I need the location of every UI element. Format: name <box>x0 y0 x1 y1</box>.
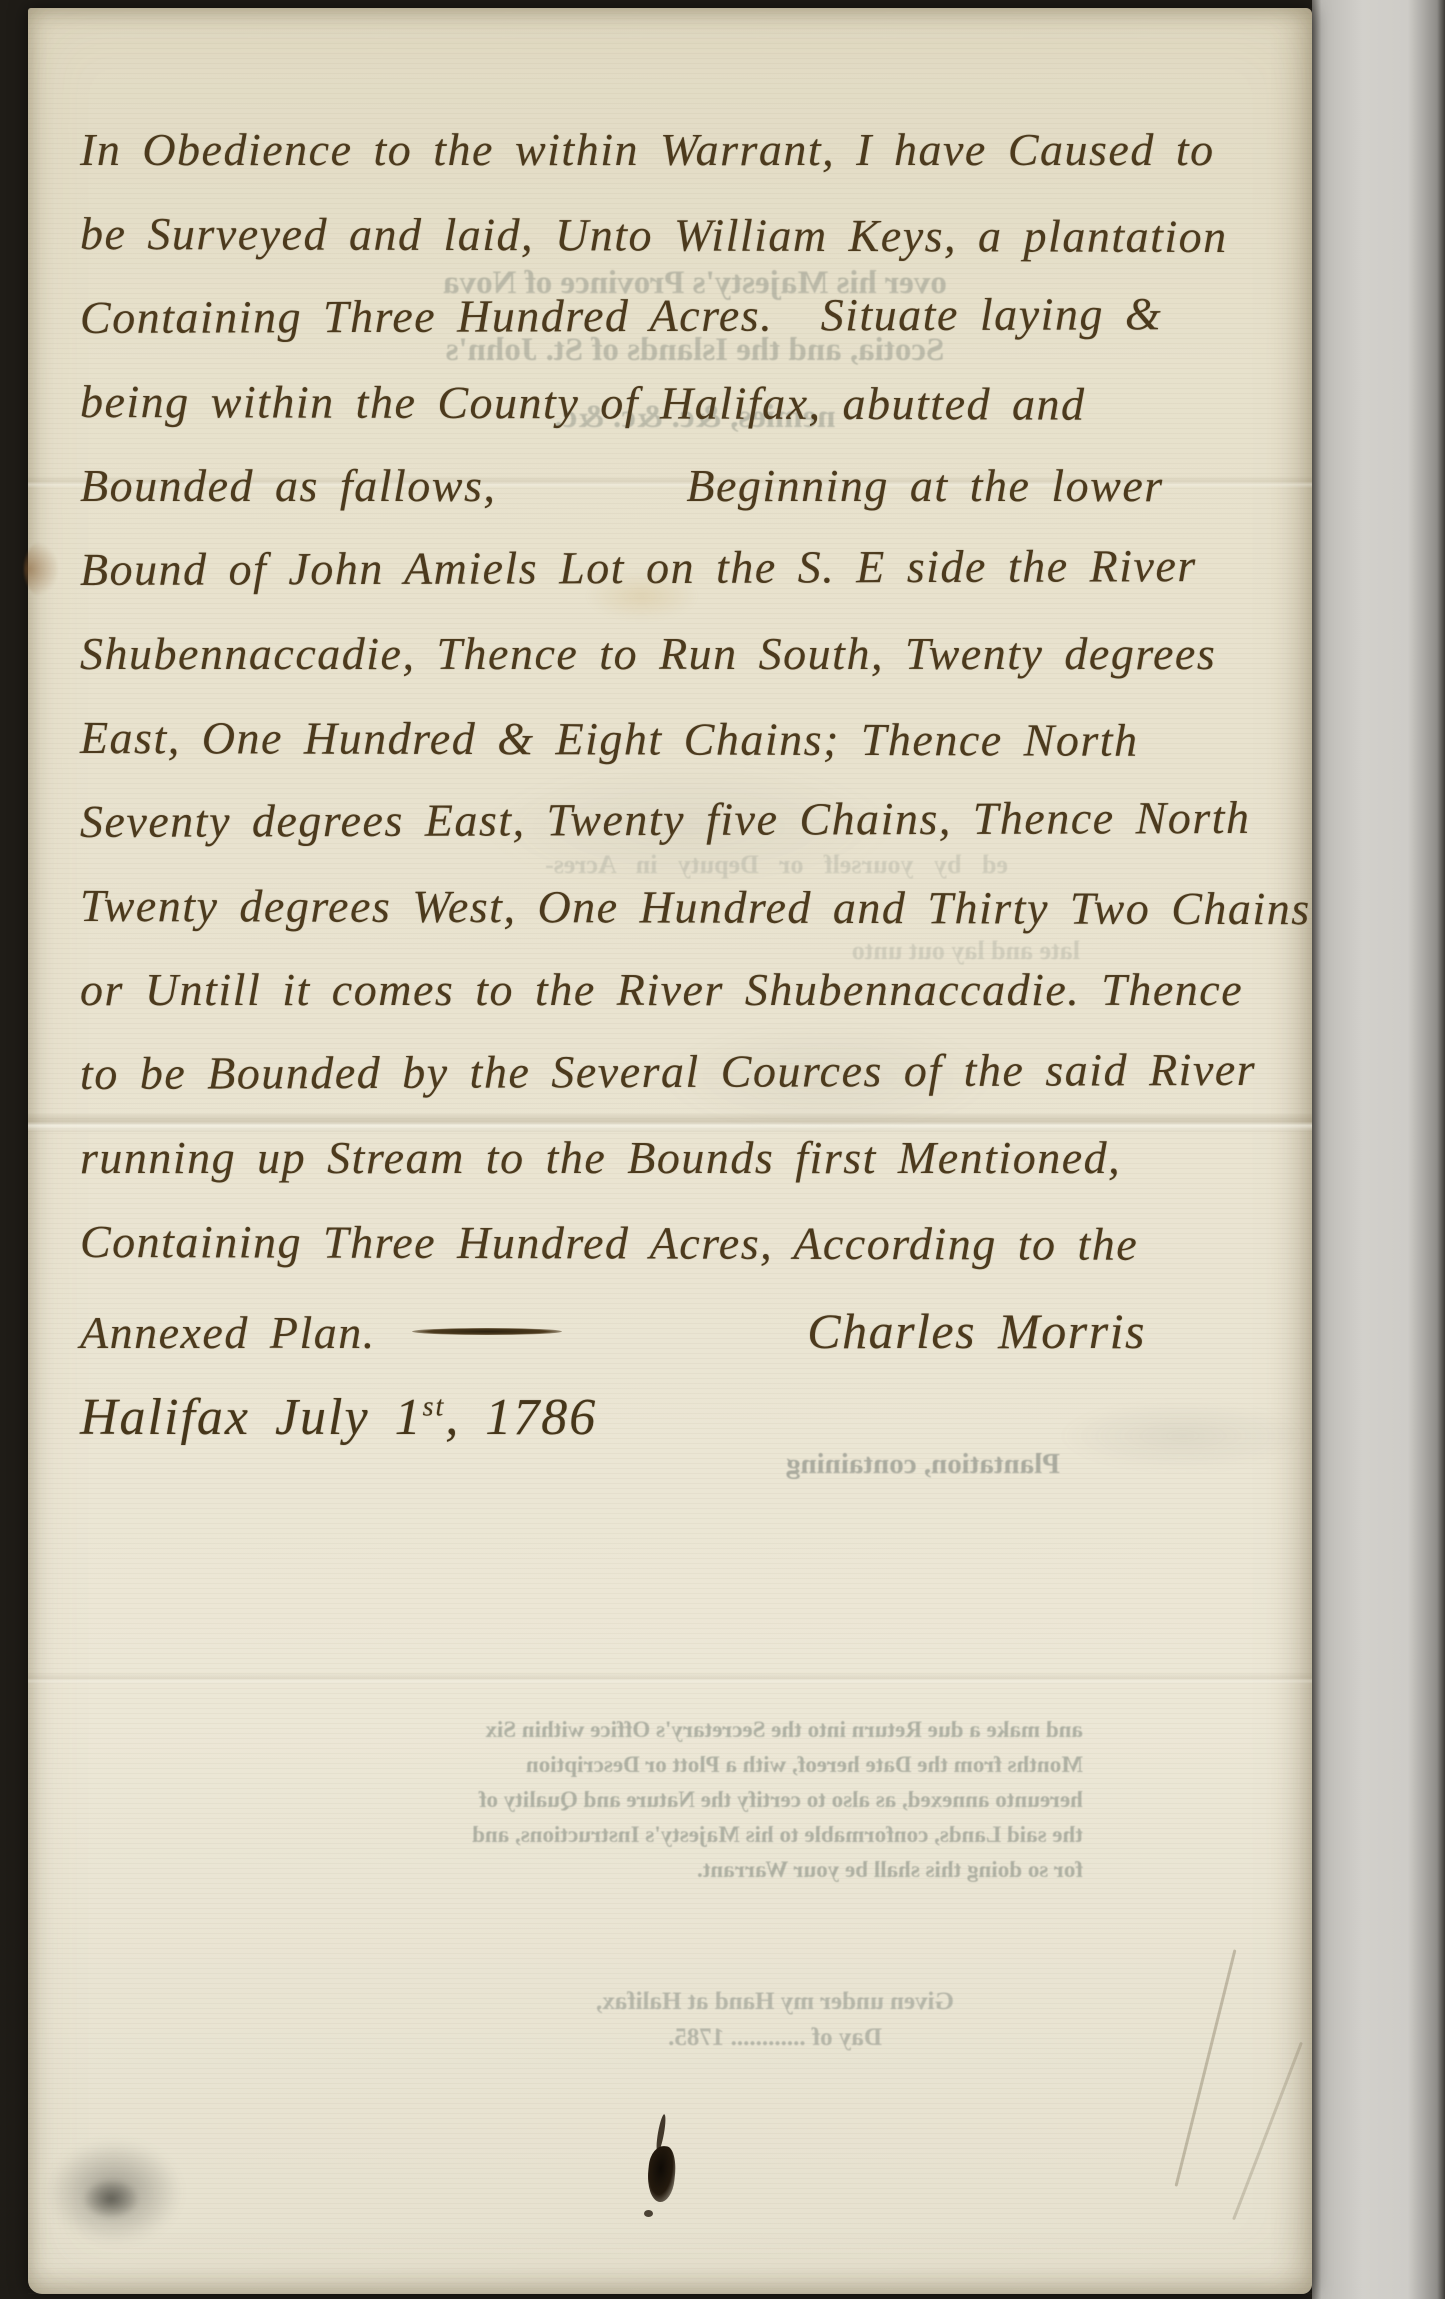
handwritten-line: or Untill it comes to the River Shubenna… <box>80 948 1296 1032</box>
showthrough-given-block: Given under my Hand at Halifax,Day of ..… <box>560 1984 990 2056</box>
place-date-line: Halifax July 1st, 1786 <box>80 1388 597 1447</box>
showthrough-line: for so doing this shall be your Warrant. <box>428 1852 1083 1887</box>
edge-stain <box>24 542 58 596</box>
showthrough-line: hereunto annexed, as also to certify the… <box>428 1782 1083 1817</box>
handwritten-line: be Surveyed and laid, Unto William Keys,… <box>80 192 1296 279</box>
handwritten-line: Containing Three Hundred Acres, Accordin… <box>80 1200 1296 1287</box>
pen-stroke-mark <box>1175 1949 1237 2186</box>
ink-blot-tail <box>655 2114 668 2152</box>
place-date-prefix: Halifax July 1 <box>80 1389 423 1446</box>
showthrough-line: the said Lands, conformable to his Majes… <box>428 1817 1083 1852</box>
handwritten-line: being within the County of Halifax, abut… <box>80 360 1296 447</box>
handwritten-line: to be Bounded by the Several Cources of … <box>80 1028 1296 1116</box>
handwritten-line: Containing Three Hundred Acres. Situate … <box>80 272 1296 360</box>
showthrough-line: Given under my Hand at Halifax, <box>560 1984 990 2020</box>
handwritten-line: Twenty degrees West, One Hundred and Thi… <box>80 864 1296 951</box>
fold-crease-lower <box>28 1672 1312 1684</box>
ink-blot <box>645 2145 678 2204</box>
showthrough-smudge <box>1058 1400 1308 1472</box>
ink-blot-dot <box>644 2210 653 2217</box>
place-date-suffix: , 1786 <box>445 1389 597 1446</box>
handwritten-line: In Obedience to the within Warrant, I ha… <box>80 108 1296 192</box>
showthrough-line: Day of ............ 1785. <box>560 2020 990 2056</box>
handwritten-line: Shubennaccadie, Thence to Run South, Twe… <box>80 612 1296 696</box>
showthrough-plantation-line: Plantation, containing <box>730 1448 1060 1481</box>
handwritten-line: Bound of John Amiels Lot on the S. E sid… <box>80 524 1296 612</box>
showthrough-line: Months from the Date hereof, with a Plot… <box>428 1747 1083 1782</box>
corner-smudge-core <box>84 2180 138 2218</box>
surveyor-signature: Charles Morris <box>807 1302 1146 1360</box>
manuscript-body: In Obedience to the within Warrant, I ha… <box>80 108 1296 1284</box>
backdrop-right-strip <box>1312 0 1445 2299</box>
annexed-plan-text: Annexed Plan. <box>80 1306 376 1359</box>
handwritten-line: Seventy degrees East, Twenty five Chains… <box>80 776 1296 864</box>
closing-row: Annexed Plan. Charles Morris <box>80 1302 1296 1360</box>
handwritten-line: running up Stream to the Bounds first Me… <box>80 1116 1296 1200</box>
document-page: over his Majesty's Province of NovaScoti… <box>28 8 1312 2294</box>
scanned-document-backdrop: over his Majesty's Province of NovaScoti… <box>0 0 1445 2299</box>
handwritten-line: Bounded as fallows, Beginning at the low… <box>80 444 1296 528</box>
handwritten-line: East, One Hundred & Eight Chains; Thence… <box>80 696 1296 783</box>
date-superscript: st <box>423 1392 446 1423</box>
pen-flourish <box>412 1328 562 1335</box>
showthrough-warrant-block: and make a due Return into the Secretary… <box>428 1712 1083 1887</box>
corner-smudge <box>46 2140 182 2244</box>
showthrough-line: and make a due Return into the Secretary… <box>428 1712 1083 1747</box>
pen-stroke-mark <box>1232 2042 1303 2220</box>
